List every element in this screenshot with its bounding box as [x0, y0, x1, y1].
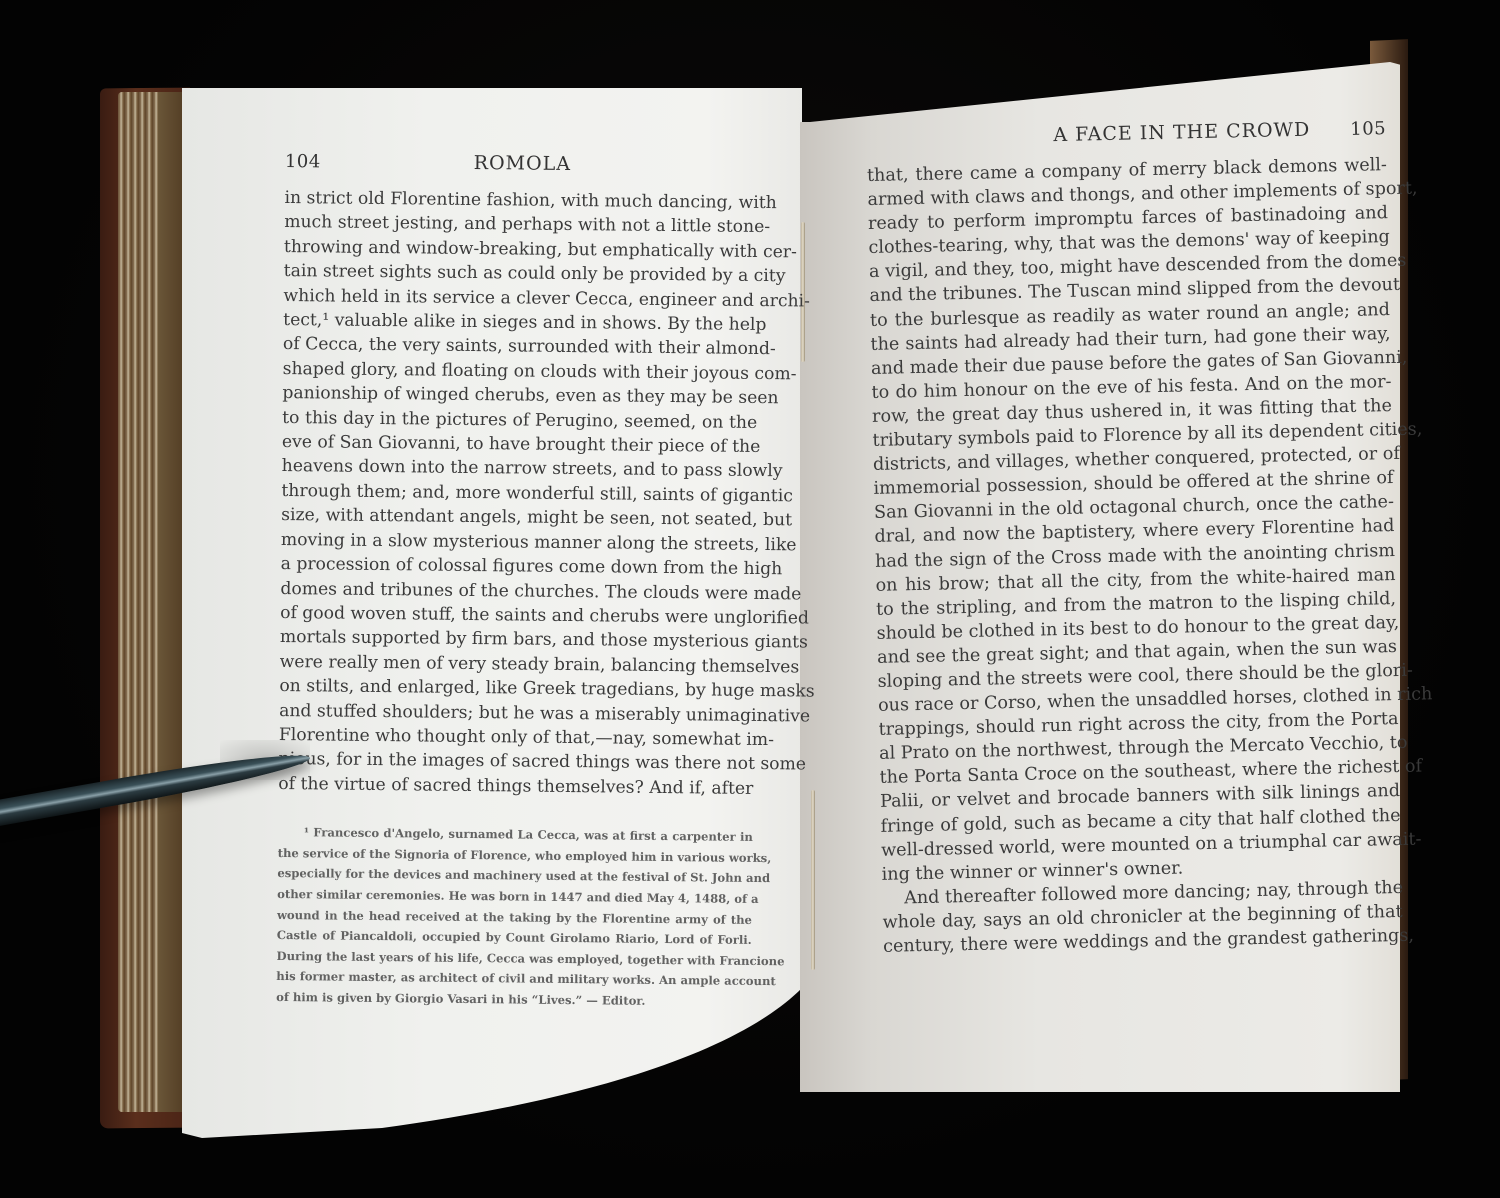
photo-scene: 104 ROMOLA 000 in strict old Florentine …: [0, 0, 1500, 1198]
page-number: 105: [1350, 118, 1386, 140]
page-edges-stack: [118, 92, 188, 1112]
footnote: ¹ Francesco d'Angelo, surnamed La Cecca,…: [276, 822, 753, 1012]
body-text: in strict old Florentine fashion, with m…: [278, 186, 759, 801]
binding-thread-bottom: [811, 790, 815, 970]
right-page-text: A FACE IN THE CROWD 105 that, there came…: [866, 117, 1403, 959]
text-line: of the virtue of sacred things themselve…: [278, 772, 753, 801]
left-running-head: 104 ROMOLA 000: [285, 150, 760, 177]
body-text: that, there came a company of merry blac…: [867, 153, 1404, 959]
running-title: ROMOLA: [321, 150, 724, 176]
page-number: 104: [285, 151, 321, 172]
left-page-text: 104 ROMOLA 000 in strict old Florentine …: [276, 150, 760, 1012]
